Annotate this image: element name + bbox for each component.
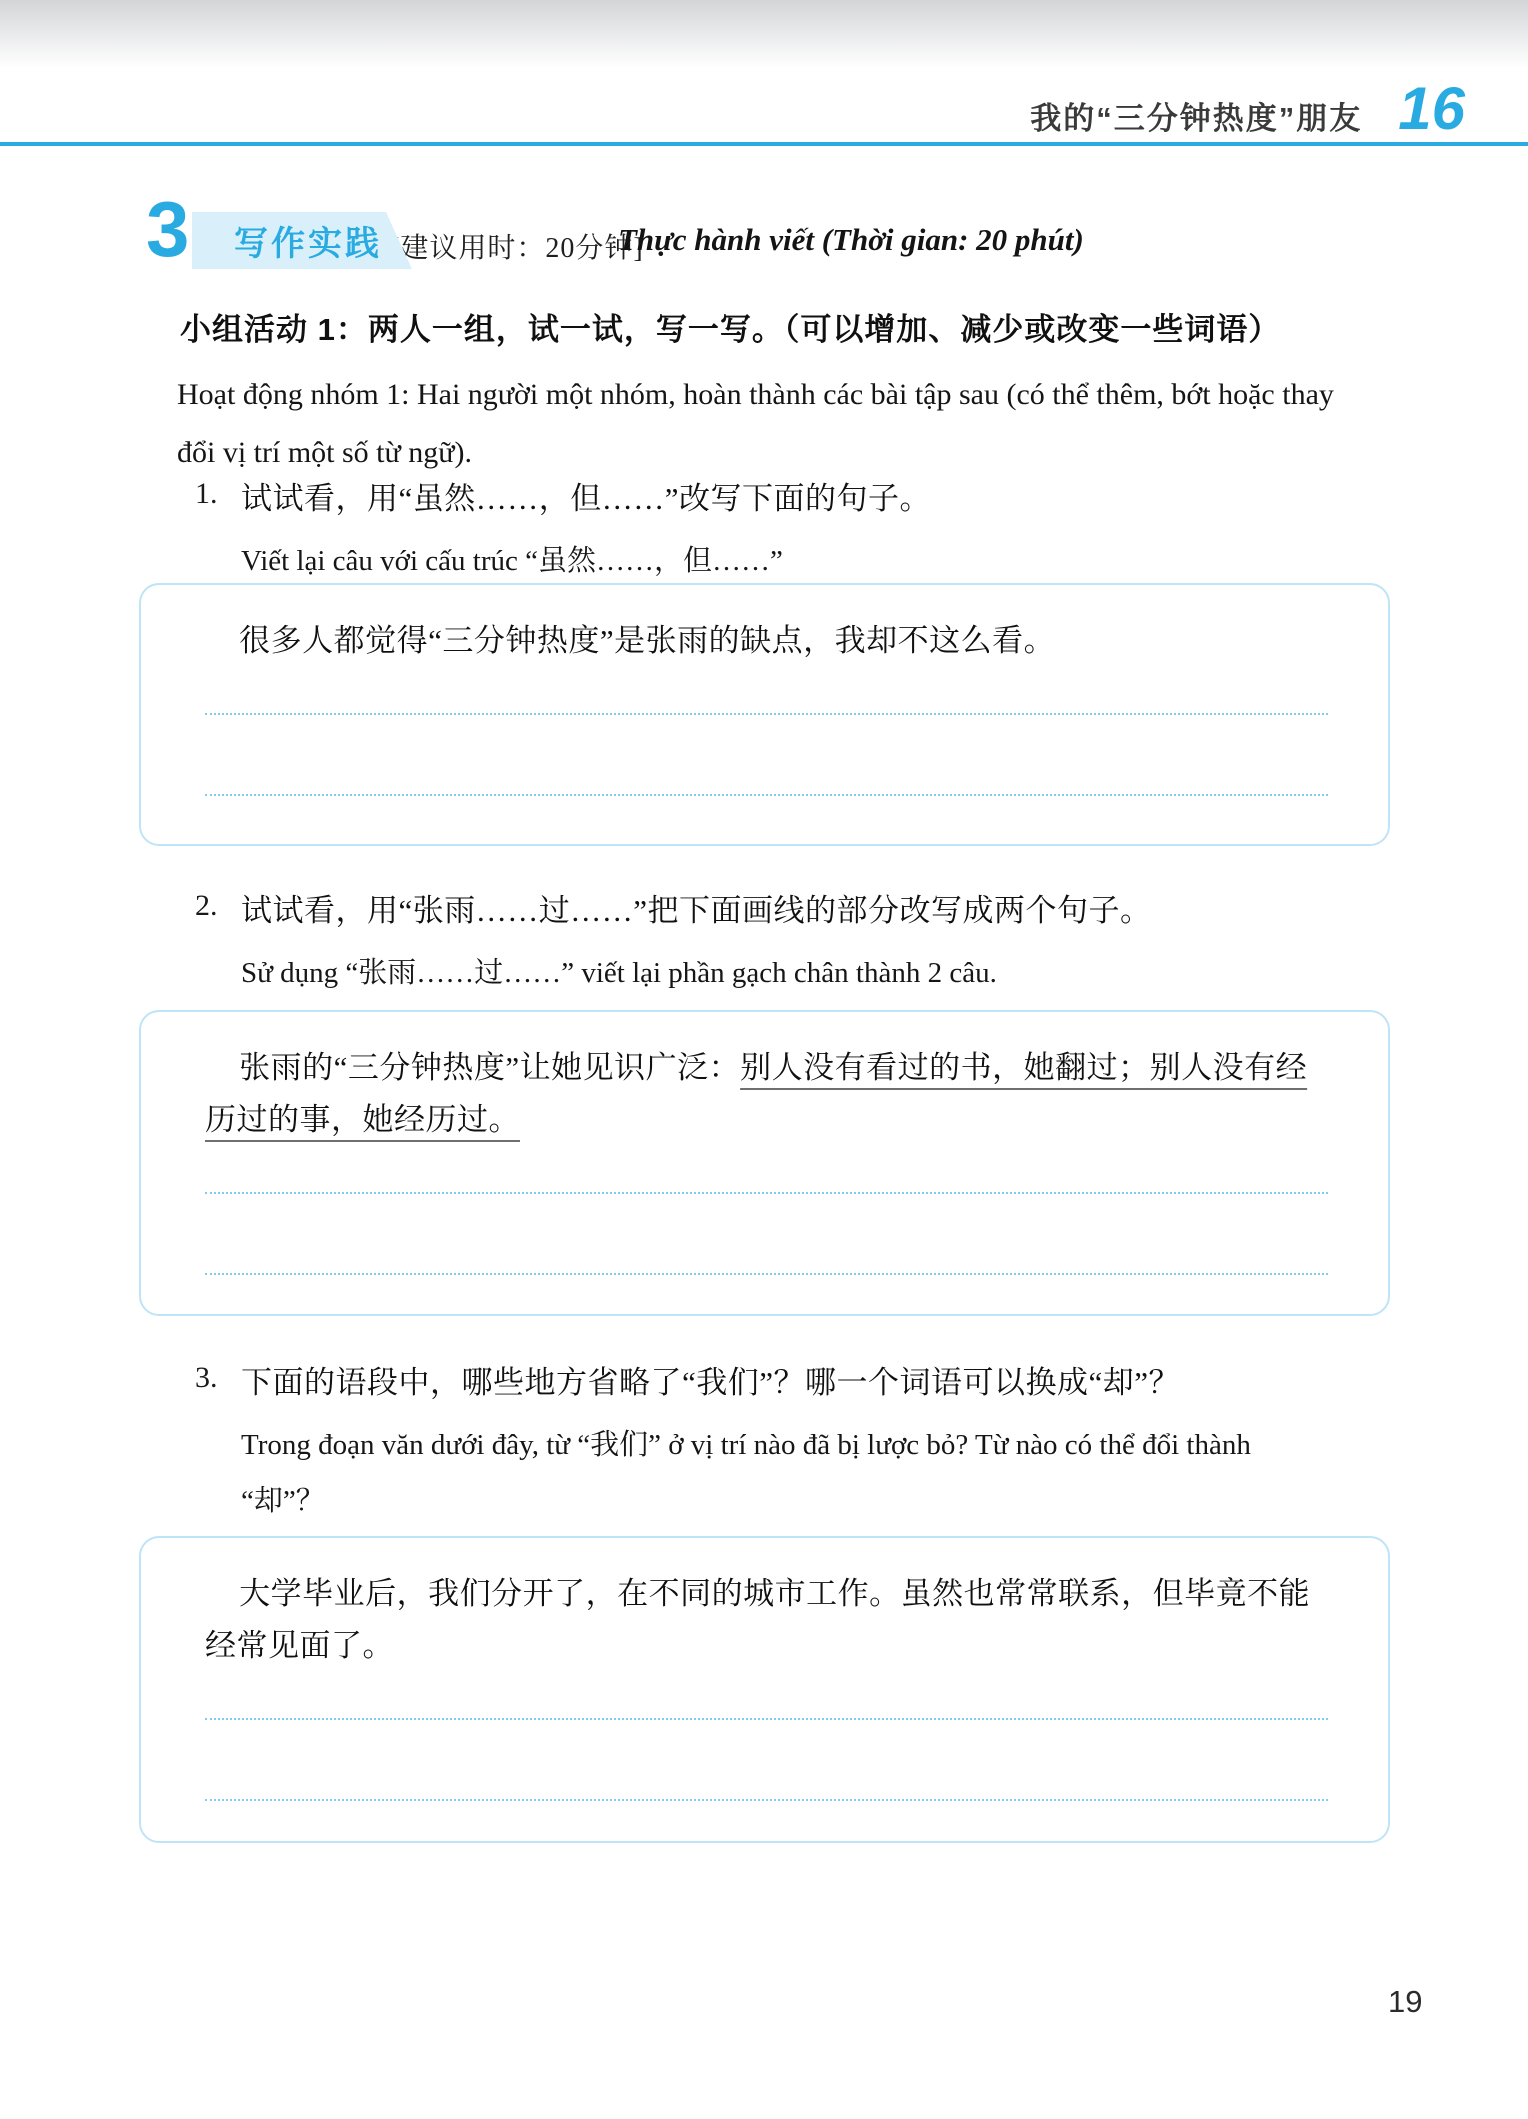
exercise-3-prompt-vietnamese: Trong đoạn văn dưới đây, từ “我们” ở vị tr… [241,1417,1331,1529]
section-number: 3 [146,190,189,268]
exercise-2: 2. 试试看，用“张雨……过……”把下面画线的部分改写成两个句子。 Sử dụn… [195,889,1385,1001]
answer-writing-line [205,1718,1328,1720]
chapter-title: 我的“三分钟热度”朋友 [1030,93,1362,138]
exercise-2-source-sentence: 张雨的“三分钟热度”让她见识广泛：别人没有看过的书，她翻过；别人没有经历过的事，… [205,1042,1328,1146]
exercise-1-prompt-chinese: 试试看，用“虽然……，但……”改写下面的句子。 [241,477,931,521]
suggested-time-note: [建议用时：20分钟] [390,226,644,266]
exercise-3-answer-box: 大学毕业后，我们分开了，在不同的城市工作。虽然也常常联系，但毕竟不能经常见面了。 [139,1536,1390,1843]
textbook-page: 我的“三分钟热度”朋友 16 3 写作实践 [建议用时：20分钟] Thực h… [0,0,1528,2119]
exercise-1-source-sentence: 很多人都觉得“三分钟热度”是张雨的缺点，我却不这么看。 [205,615,1328,667]
exercise-2-prompt-vietnamese: Sử dụng “张雨……过……” viết lại phần gạch châ… [241,945,1331,1001]
exercise-1: 1. 试试看，用“虽然……，但……”改写下面的句子。 Viết lại câu … [195,477,1385,589]
answer-writing-line [205,1273,1328,1275]
page-top-shading [0,0,1528,68]
exercise-2-sentence-normal-part: 张雨的“三分钟热度”让她见识广泛： [239,1050,740,1085]
section-title-banner: 写作实践 [192,212,412,269]
exercise-2-number: 2. [195,889,241,933]
answer-writing-line [205,1192,1328,1194]
exercise-3-source-paragraph: 大学毕业后，我们分开了，在不同的城市工作。虽然也常常联系，但毕竟不能经常见面了。 [205,1568,1328,1672]
header-rule [0,142,1528,146]
exercise-1-prompt-vietnamese: Viết lại câu với cấu trúc “虽然……，但……” [241,533,1331,589]
activity-heading-vietnamese: Hoạt động nhóm 1: Hai người một nhóm, ho… [177,366,1372,482]
page-number: 19 [1388,1984,1422,2020]
exercise-2-prompt-row: 2. 试试看，用“张雨……过……”把下面画线的部分改写成两个句子。 [195,889,1385,933]
exercise-3-prompt-chinese: 下面的语段中，哪些地方省略了“我们”？哪一个词语可以换成“却”？ [241,1361,1180,1405]
section-title: 写作实践 [234,216,382,265]
answer-writing-line [205,713,1328,715]
exercise-1-prompt-row: 1. 试试看，用“虽然……，但……”改写下面的句子。 [195,477,1385,521]
exercise-2-answer-box: 张雨的“三分钟热度”让她见识广泛：别人没有看过的书，她翻过；别人没有经历过的事，… [139,1010,1390,1316]
exercise-3-number: 3. [195,1361,241,1405]
exercise-3-prompt-row: 3. 下面的语段中，哪些地方省略了“我们”？哪一个词语可以换成“却”？ [195,1361,1385,1405]
exercise-3: 3. 下面的语段中，哪些地方省略了“我们”？哪一个词语可以换成“却”？ Tron… [195,1361,1385,1529]
answer-writing-line [205,794,1328,796]
exercise-1-number: 1. [195,477,241,521]
answer-writing-line [205,1799,1328,1801]
exercise-1-answer-box: 很多人都觉得“三分钟热度”是张雨的缺点，我却不这么看。 [139,583,1390,846]
suggested-time-note-vietnamese: Thực hành viết (Thời gian: 20 phút) [618,222,1084,258]
activity-heading-chinese: 小组活动 1：两人一组，试一试，写一写。（可以增加、减少或改变一些词语） [180,308,1390,352]
exercise-2-prompt-chinese: 试试看，用“张雨……过……”把下面画线的部分改写成两个句子。 [241,889,1152,933]
lesson-number: 16 [1398,82,1465,136]
running-header: 我的“三分钟热度”朋友 16 [1030,82,1465,138]
